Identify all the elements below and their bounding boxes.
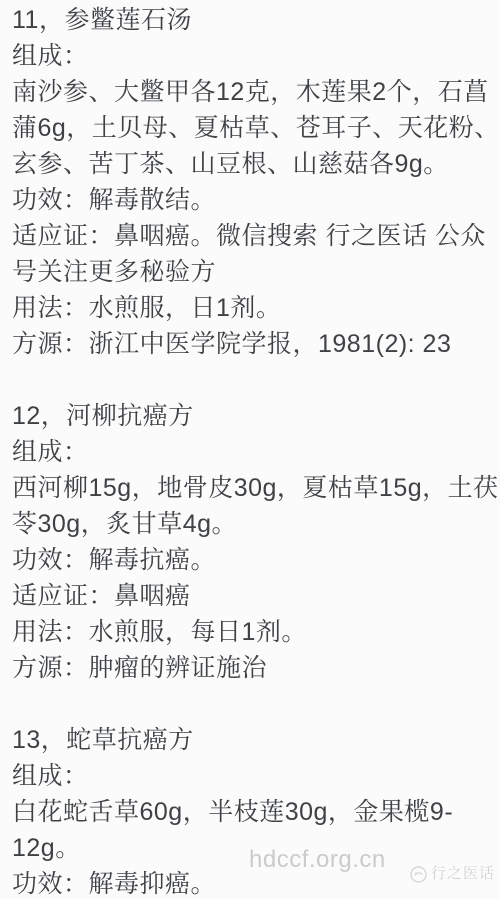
text-line: 西河柳15g，地骨皮30g，夏枯草15g，土茯 — [12, 470, 492, 506]
section-divider-space — [12, 362, 492, 398]
text-line: 方源：浙江中医学院学报，1981(2): 23 — [12, 326, 492, 362]
text-line: 12g。 — [12, 830, 492, 866]
formula-section-11: 11，参鳖莲石汤 组成： 南沙参、大鳖甲各12克，木莲果2个，石菖 蒲6g，土贝… — [12, 2, 492, 362]
text-line: 南沙参、大鳖甲各12克，木莲果2个，石菖 — [12, 74, 492, 110]
text-line: 组成： — [12, 434, 492, 470]
text-line: 白花蛇舌草60g，半枝莲30g，金果榄9- — [12, 794, 492, 830]
text-line: 功效：解毒抗癌。 — [12, 542, 492, 578]
text-line: 玄参、苦丁茶、山豆根、山慈菇各9g。 — [12, 146, 492, 182]
text-line: 功效：解毒散结。 — [12, 182, 492, 218]
text-line: 苓30g，炙甘草4g。 — [12, 506, 492, 542]
text-line: 适应证：鼻咽癌 — [12, 578, 492, 614]
text-line: 组成： — [12, 758, 492, 794]
formula-title: 11，参鳖莲石汤 — [12, 2, 492, 38]
text-line: 号关注更多秘验方 — [12, 254, 492, 290]
text-line: 适应证：鼻咽癌。微信搜索 行之医话 公众 — [12, 218, 492, 254]
article-body: 11，参鳖莲石汤 组成： 南沙参、大鳖甲各12克，木莲果2个，石菖 蒲6g，土贝… — [0, 0, 500, 899]
text-line: 蒲6g，土贝母、夏枯草、苍耳子、天花粉、 — [12, 110, 492, 146]
text-line: 用法：水煎服，日1剂。 — [12, 290, 492, 326]
formula-section-13: 13，蛇草抗癌方 组成： 白花蛇舌草60g，半枝莲30g，金果榄9- 12g。 … — [12, 722, 492, 899]
text-line: 用法：水煎服，每日1剂。 — [12, 614, 492, 650]
section-divider-space — [12, 686, 492, 722]
text-line: 方源：肿瘤的辨证施治 — [12, 650, 492, 686]
formula-section-12: 12，河柳抗癌方 组成： 西河柳15g，地骨皮30g，夏枯草15g，土茯 苓30… — [12, 398, 492, 686]
text-line: 功效：解毒抑癌。 — [12, 866, 492, 899]
formula-title: 13，蛇草抗癌方 — [12, 722, 492, 758]
formula-title: 12，河柳抗癌方 — [12, 398, 492, 434]
text-line: 组成： — [12, 38, 492, 74]
